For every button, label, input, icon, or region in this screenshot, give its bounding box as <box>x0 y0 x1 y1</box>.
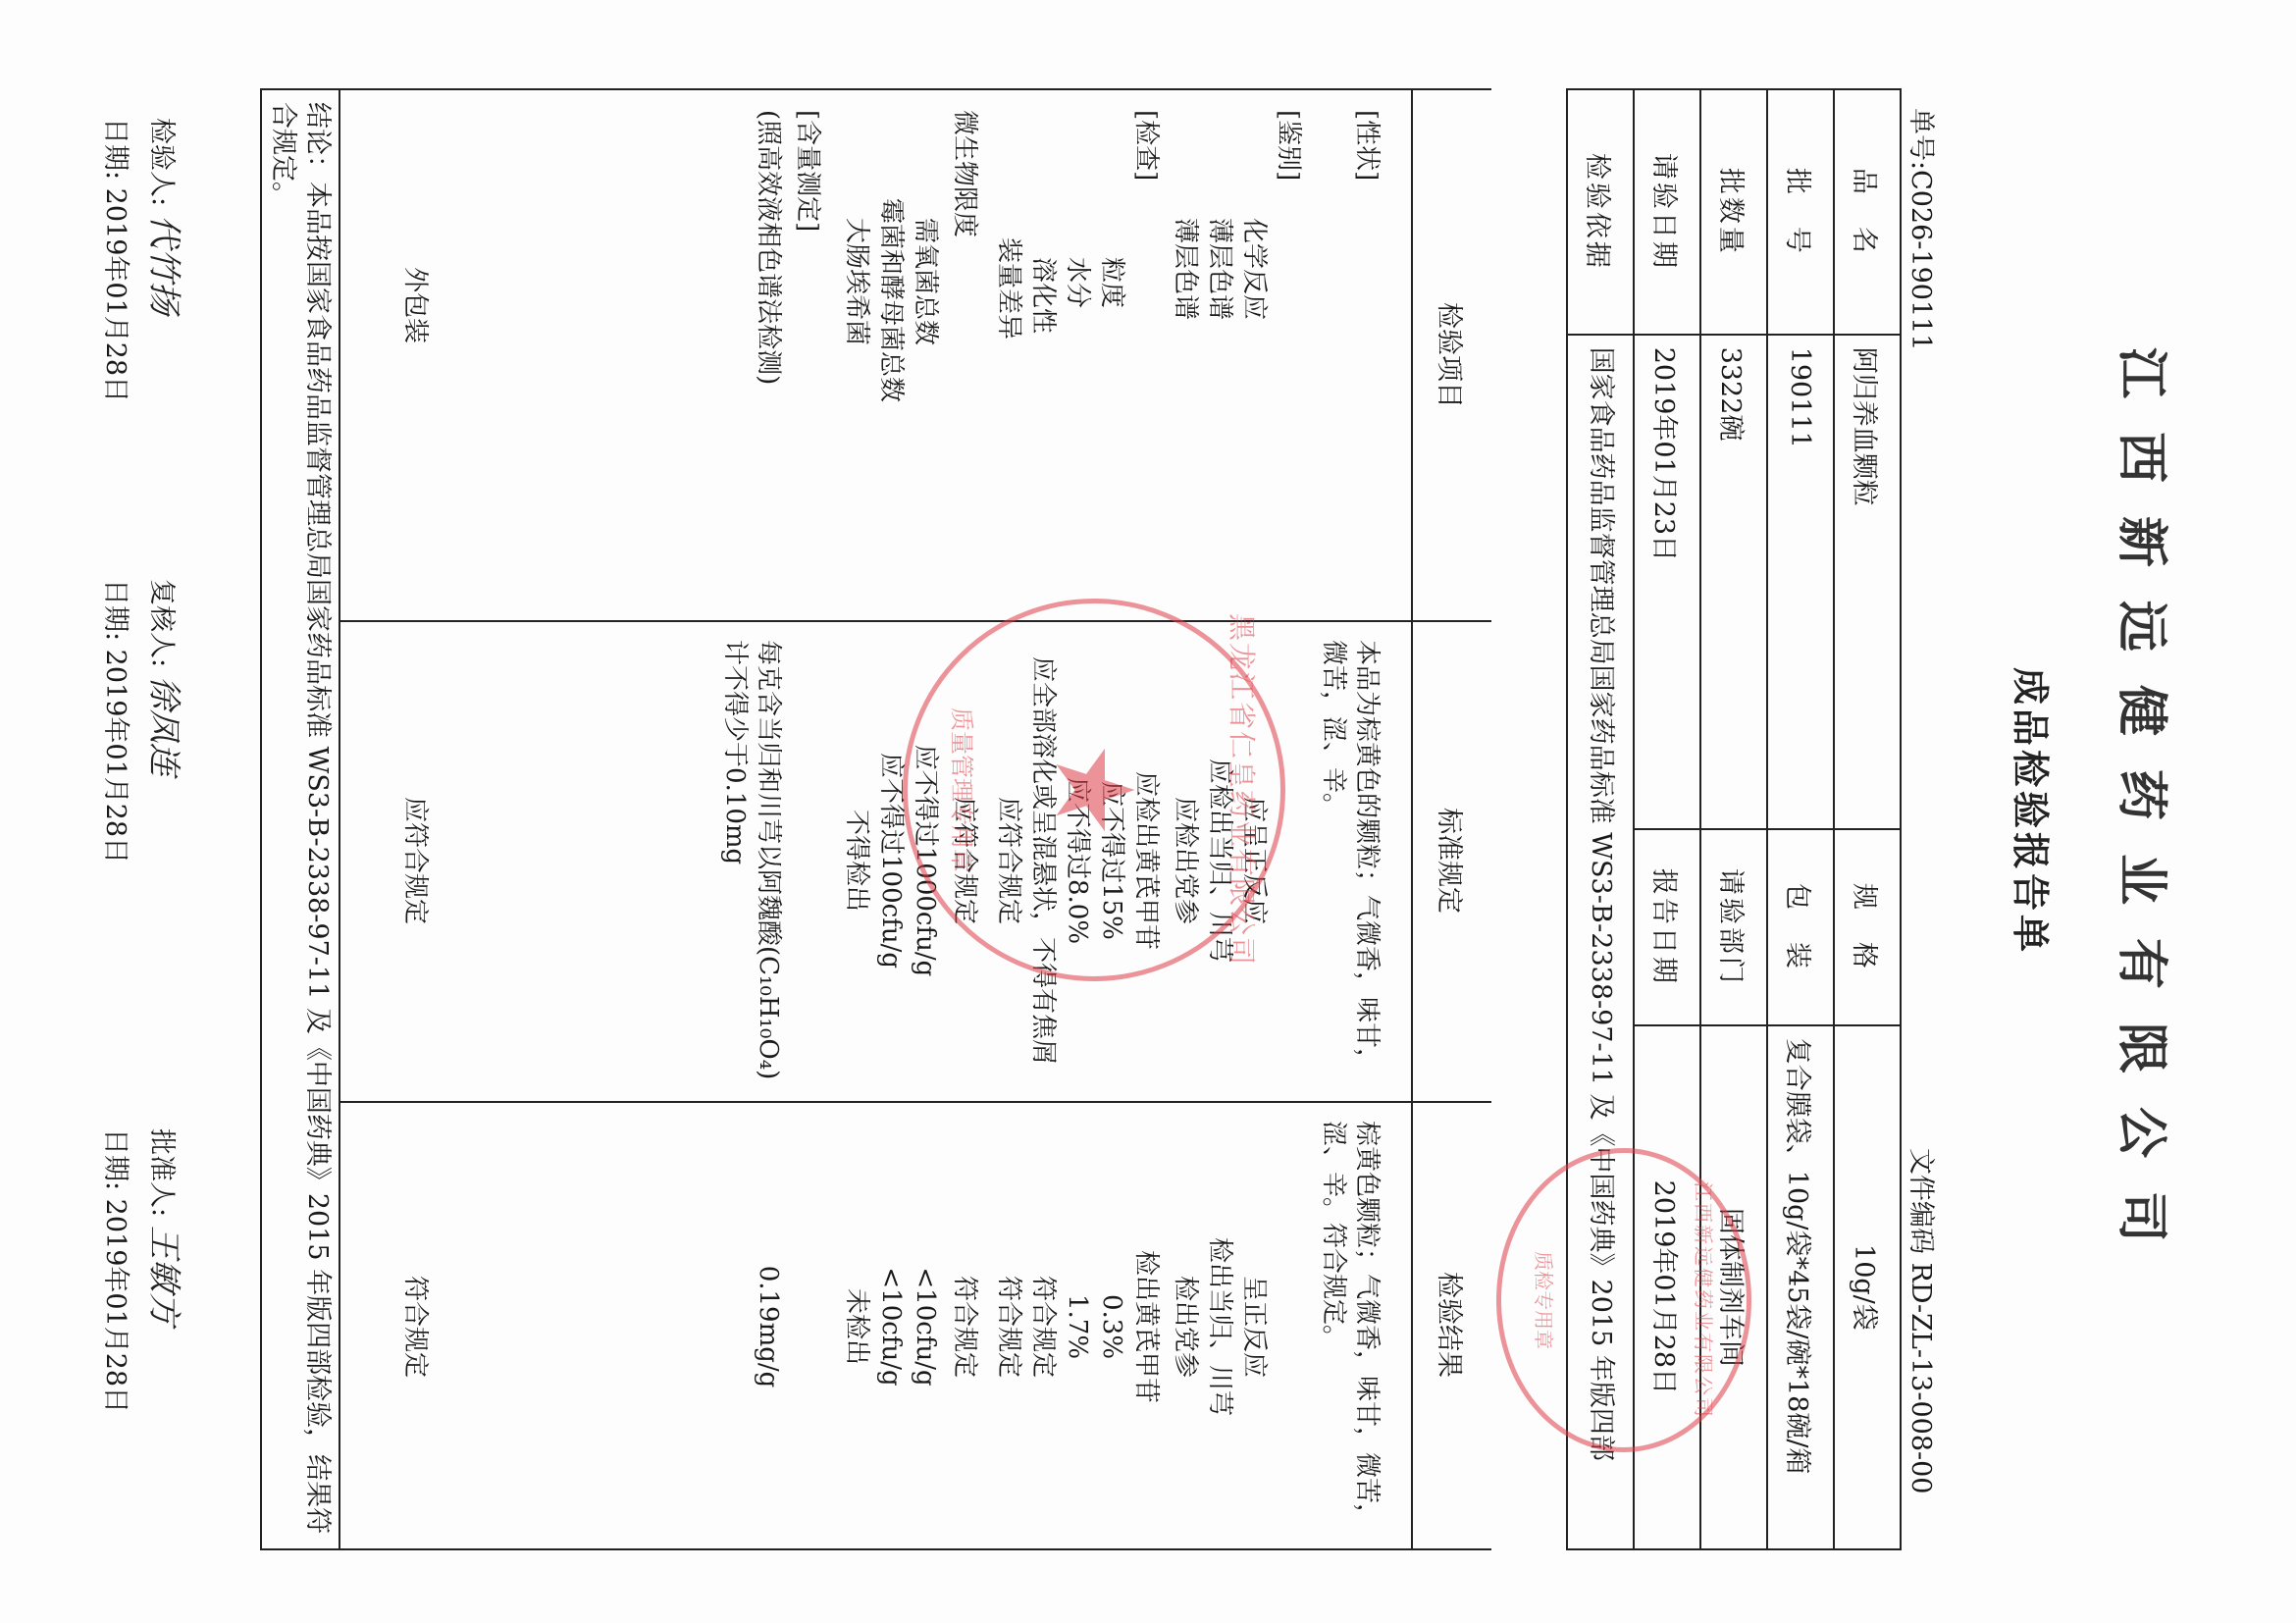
row-result: 未检出 <box>840 1121 873 1533</box>
results-table: 检验项目 标准规定 检验结果 [性状]本品为棕黄色的颗粒；气微香，味甘，微苦，涩… <box>260 88 1491 1550</box>
package-label: 包 装 <box>1767 829 1834 1025</box>
spec-value: 10g/袋 <box>1834 1025 1901 1549</box>
product-name-label: 品 名 <box>1834 89 1901 335</box>
report-date-label: 报告日期 <box>1634 829 1700 1025</box>
row-result: 1.7% <box>1061 1121 1094 1533</box>
inspection-report-page: 江西新远健药业有限公司 成品检验报告单 单号:C026-190111 文件编码 … <box>0 0 2296 1623</box>
row-item: [检查] <box>1129 110 1163 601</box>
row-result: 符合规定 <box>948 1121 981 1533</box>
row-standard: 应不得过100cfu/g <box>874 640 908 1081</box>
row-standard: 不得检出 <box>840 640 873 1081</box>
package-value: 复合膜袋、10g/袋*45袋/碗*18碗/箱 <box>1767 1025 1834 1549</box>
row-result: 符合规定 <box>398 1121 432 1533</box>
row-item: 微生物限度 <box>948 110 981 601</box>
qc-stamp-text: 黑龙江省仁皇药业有限公司 <box>1224 603 1263 976</box>
conclusion: 结论：本品按国家食品药品监督管理总局国家药品标准 WS3-B-2338-97-1… <box>262 90 340 1548</box>
column-header-standard: 标准规定 <box>1411 620 1491 1101</box>
approver-label: 批准人: <box>146 1128 177 1217</box>
row-result: 检出黄芪甲苷 <box>1129 1121 1163 1533</box>
row-result: 棕黄色颗粒；气微香，味甘，微苦，涩、辛。符合规定。 <box>1317 1121 1383 1533</box>
request-date-value: 2019年01月23日 <box>1634 335 1700 829</box>
qc-stamp: 黑龙江省仁皇药业有限公司 ★ 质量管理专用章 <box>903 599 1285 981</box>
department-stamp-text: 江西新远健药业有限公司 <box>1691 1153 1719 1447</box>
approver-name: 王敏方 <box>144 1226 183 1326</box>
info-row: 品 名 阿归养血颗粒 规 格 10g/袋 <box>1834 89 1901 1549</box>
row-result: 呈正反应 <box>1237 1121 1271 1533</box>
row-result: 0.19mg/g <box>752 1121 785 1533</box>
row-item: [性状] <box>1350 110 1383 601</box>
department-label: 请验部门 <box>1700 829 1767 1025</box>
row-item: 需氧菌总数 <box>909 218 942 708</box>
row-result: <10cfu/g <box>909 1121 942 1533</box>
approver-date: 日期: 2019年01月28日 <box>99 1128 137 1413</box>
approver-signature: 批准人: 王敏方 <box>143 1128 191 1326</box>
row-standard: 本品为棕黄色的颗粒；气微香，味甘，微苦，涩、辛。 <box>1317 640 1383 1081</box>
document-number: 单号:C026-190111 <box>1905 108 1943 350</box>
row-result: 检出党参 <box>1169 1121 1202 1533</box>
basis-label: 检验依据 <box>1567 89 1634 335</box>
row-standard: 应符合规定 <box>398 640 432 1081</box>
row-result: 检出当归、川芎 <box>1203 1121 1236 1533</box>
info-row: 批 号 190111 包 装 复合膜袋、10g/袋*45袋/碗*18碗/箱 <box>1767 89 1834 1549</box>
reviewer-label: 复核人: <box>146 579 177 667</box>
row-result: 符合规定 <box>992 1121 1025 1533</box>
quantity-label: 批数量 <box>1700 89 1767 335</box>
column-header-result: 检验结果 <box>1411 1101 1491 1548</box>
file-code: 文件编码 RD-ZL-13-008-00 <box>1905 1148 1943 1494</box>
row-item: (照高效液相色谱法检测) <box>752 110 785 601</box>
report-title: 成品检验报告单 <box>2007 0 2061 1623</box>
row-item: 霉菌和酵母菌总数 <box>874 198 908 689</box>
reviewer-date: 日期: 2019年01月28日 <box>99 579 137 864</box>
row-result: <10cfu/g <box>874 1121 908 1533</box>
reviewer-name: 徐凤连 <box>144 676 183 776</box>
inspector-label: 检验人: <box>146 118 177 206</box>
row-result: 0.3% <box>1095 1121 1128 1533</box>
batch-value: 190111 <box>1767 335 1834 829</box>
reviewer-signature: 复核人: 徐凤连 <box>143 579 191 776</box>
batch-label: 批 号 <box>1767 89 1834 335</box>
row-standard: 每克含当归和川芎以阿魏酸(C₁₀H₁₀O₄)计不得少于0.10mg <box>718 640 785 1081</box>
inspector-signature: 检验人: 代竹扬 <box>143 118 191 315</box>
department-stamp: 江西新远健药业有限公司 质检专用章 <box>1496 1148 1751 1452</box>
row-item: 大肠埃希菌 <box>840 218 873 708</box>
star-icon: ★ <box>1040 742 1148 839</box>
column-header-item: 检验项目 <box>1411 90 1491 620</box>
product-name-value: 阿归养血颗粒 <box>1834 335 1901 829</box>
inspector-name: 代竹扬 <box>144 215 183 315</box>
row-result: 符合规定 <box>1026 1121 1060 1533</box>
quantity-value: 3322碗 <box>1700 335 1767 829</box>
spec-label: 规 格 <box>1834 829 1901 1025</box>
department-stamp-subtext: 质检专用章 <box>1531 1153 1559 1447</box>
request-date-label: 请验日期 <box>1634 89 1700 335</box>
company-name: 江西新远健药业有限公司 <box>2110 0 2183 1623</box>
column-divider <box>339 1101 1491 1103</box>
inspector-date: 日期: 2019年01月28日 <box>99 118 137 402</box>
qc-stamp-subtext: 质量管理专用章 <box>947 603 981 976</box>
row-item: [含量测定] <box>791 110 824 601</box>
row-item: [鉴别] <box>1272 110 1305 601</box>
